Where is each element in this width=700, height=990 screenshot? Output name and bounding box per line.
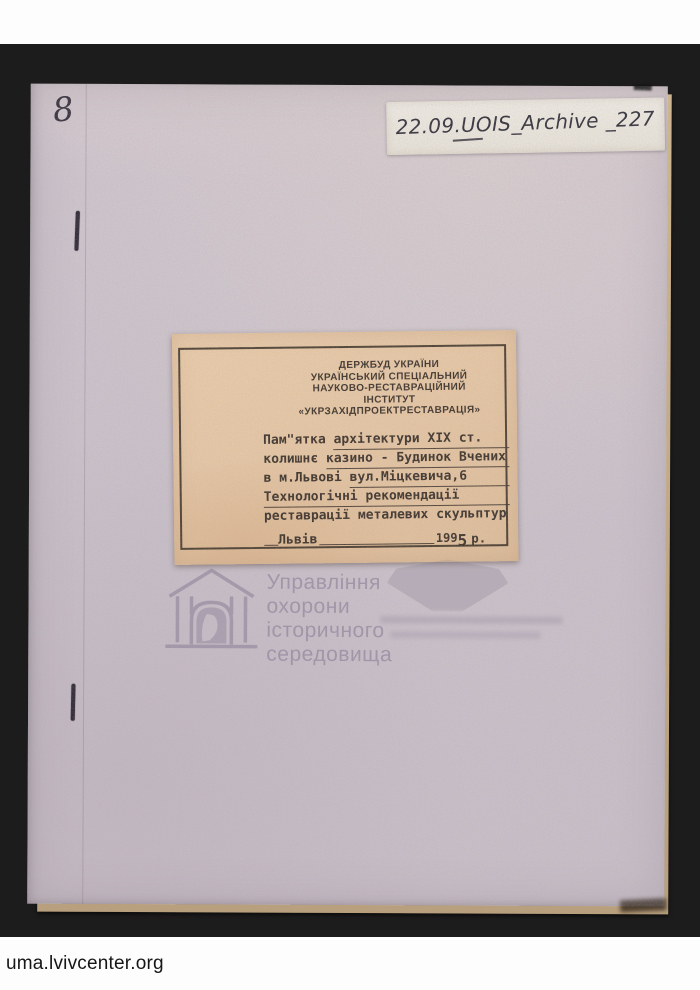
edge-notch-mark <box>634 84 652 91</box>
typed-text-underlined: вул.Міцкевича,6 <box>350 467 468 488</box>
faded-stamp-ghost <box>386 559 508 612</box>
institute-name-block: ДЕРЖБУД УКРАЇНИ УКРАЇНСЬКИЙ СПЕЦІАЛЬНИЙ … <box>272 358 507 419</box>
ruled-line <box>459 485 510 506</box>
watermark-line: середовища <box>266 643 392 668</box>
cover-fold-line <box>82 84 87 904</box>
cover-paper: 8 22.09.UOIS_Archive _227 ДЕРЖБУД УКРАЇН… <box>27 84 668 907</box>
title-label: ДЕРЖБУД УКРАЇНИ УКРАЇНСЬКИЙ СПЕЦІАЛЬНИЙ … <box>172 330 519 565</box>
typed-text: реставрації металевих скульптур <box>264 504 507 526</box>
typed-text: колишнє <box>263 449 326 469</box>
ruled-line <box>467 466 510 486</box>
page-margin-top <box>0 0 700 44</box>
ruled-line <box>319 543 433 545</box>
year-prefix: 199 <box>436 529 458 548</box>
city-year-line: Львів 199 5 р. <box>264 528 510 550</box>
document-folder: 8 22.09.UOIS_Archive _227 ДЕРЖБУД УКРАЇН… <box>27 84 668 907</box>
ruled-line <box>264 545 278 546</box>
watermark-line: охорони <box>266 595 392 620</box>
pen-underline <box>453 138 483 142</box>
typed-line: реставрації металевих скульптур <box>264 504 510 526</box>
year-last-digit: 5 <box>457 531 467 550</box>
scan-background: 8 22.09.UOIS_Archive _227 ДЕРЖБУД УКРАЇН… <box>0 44 700 937</box>
ruled-line <box>482 428 509 448</box>
spacer <box>507 504 511 523</box>
heritage-office-logo-watermark <box>160 562 262 658</box>
watermark-line: Управління <box>267 571 393 596</box>
year-suffix: р. <box>471 528 486 547</box>
site-watermark: uma.lvivcenter.org <box>6 953 164 975</box>
watermark-line: історичного <box>266 619 392 644</box>
ruled-line <box>506 447 510 467</box>
scanned-archive-page: 8 22.09.UOIS_Archive _227 ДЕРЖБУД УКРАЇН… <box>0 0 700 990</box>
page-margin-bottom: uma.lvivcenter.org <box>0 937 700 990</box>
city-text: Львів <box>278 530 317 549</box>
corner-wear-mark <box>620 898 667 912</box>
staple-mark-top <box>74 211 80 251</box>
heritage-office-watermark-text: Управління охорони історичного середовищ… <box>266 571 392 668</box>
archive-code-text: 22.09.UOIS_Archive _227 <box>395 106 655 139</box>
typed-title-block: Пам"ятка архітектури XIX ст. колишнє каз… <box>263 428 510 550</box>
typed-text: Пам"ятка <box>263 430 334 450</box>
staple-mark-bottom <box>71 684 76 721</box>
archive-code-sticker: 22.09.UOIS_Archive _227 <box>386 97 665 155</box>
faded-stamp-text-ghost <box>380 616 562 624</box>
handwritten-page-number: 8 <box>50 89 75 130</box>
typed-text: в м.Львові <box>263 468 349 488</box>
faded-stamp-text-ghost <box>390 631 540 639</box>
